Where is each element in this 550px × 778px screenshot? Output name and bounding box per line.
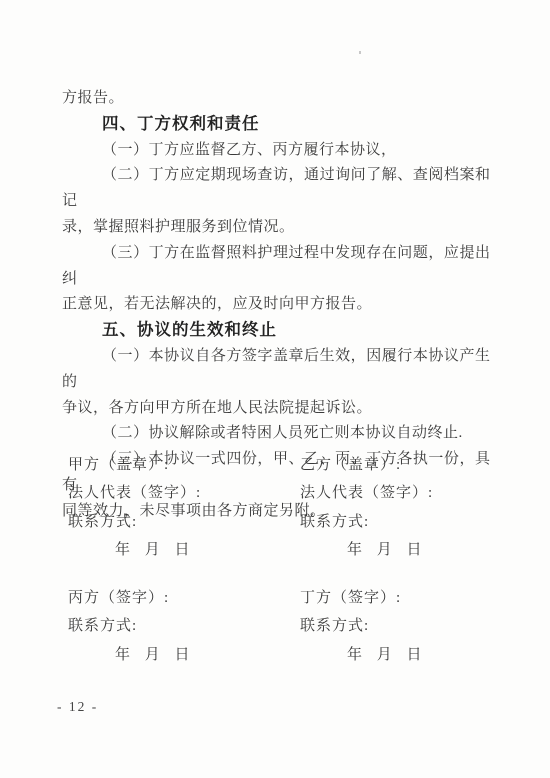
party-b-date-line: 年 月 日 <box>300 536 498 564</box>
clause-5-2: （二）协议解除或者特困人员死亡则本协议自动终止. <box>62 421 490 447</box>
party-a-representative-label: 法人代表（签字）: <box>68 479 300 507</box>
document-page: 方报告。 四、丁方权利和责任 （一）丁方应监督乙方、丙方履行本协议， （二）丁方… <box>0 0 550 778</box>
clause-4-1: （一）丁方应监督乙方、丙方履行本协议， <box>62 138 490 164</box>
body-line-continuation: 方报告。 <box>62 86 490 112</box>
clause-5-1-line-1: （一）本协议自各方签字盖章后生效，因履行本协议产生的 <box>62 344 490 396</box>
party-d-signature-area: 丁方（签字）: 联系方式: 年 月 日 <box>300 584 498 669</box>
party-b-signature-area: 乙方（盖章）: 法人代表（签字）: 联系方式: 年 月 日 <box>300 451 498 565</box>
page-number: - 12 - <box>57 699 98 715</box>
party-a-date-line: 年 月 日 <box>68 536 300 564</box>
party-b-seal-label: 乙方（盖章）: <box>300 451 498 479</box>
signature-block-1: 甲方（盖章）: 法人代表（签字）: 联系方式: 年 月 日 乙方（盖章）: 法人… <box>68 451 498 565</box>
party-d-contact-label: 联系方式: <box>300 612 498 640</box>
party-c-contact-label: 联系方式: <box>68 612 300 640</box>
party-a-signature-area: 甲方（盖章）: 法人代表（签字）: 联系方式: 年 月 日 <box>68 451 300 565</box>
section-heading-five: 五、协议的生效和终止 <box>62 318 490 344</box>
clause-4-3-line-1: （三）丁方在监督照料护理过程中发现存在问题，应提出纠 <box>62 241 490 293</box>
party-c-signature-area: 丙方（签字）: 联系方式: 年 月 日 <box>68 584 300 669</box>
clause-5-1-line-2: 争议，各方向甲方所在地人民法院提起诉讼。 <box>62 396 490 422</box>
party-a-seal-label: 甲方（盖章）: <box>68 451 300 479</box>
clause-4-3-line-2: 正意见，若无法解决的，应及时向甲方报告。 <box>62 292 490 318</box>
party-c-sign-label: 丙方（签字）: <box>68 584 300 612</box>
party-b-representative-label: 法人代表（签字）: <box>300 479 498 507</box>
party-d-sign-label: 丁方（签字）: <box>300 584 498 612</box>
scan-artifact <box>359 51 361 54</box>
signature-block-2: 丙方（签字）: 联系方式: 年 月 日 丁方（签字）: 联系方式: 年 月 日 <box>68 584 498 669</box>
section-heading-four: 四、丁方权利和责任 <box>62 112 490 138</box>
clause-4-2-line-2: 录，掌握照料护理服务到位情况。 <box>62 215 490 241</box>
party-a-contact-label: 联系方式: <box>68 508 300 536</box>
party-c-date-line: 年 月 日 <box>68 641 300 669</box>
clause-4-2-line-1: （二）丁方应定期现场查访，通过询问了解、查阅档案和记 <box>62 163 490 215</box>
party-d-date-line: 年 月 日 <box>300 641 498 669</box>
party-b-contact-label: 联系方式: <box>300 508 498 536</box>
